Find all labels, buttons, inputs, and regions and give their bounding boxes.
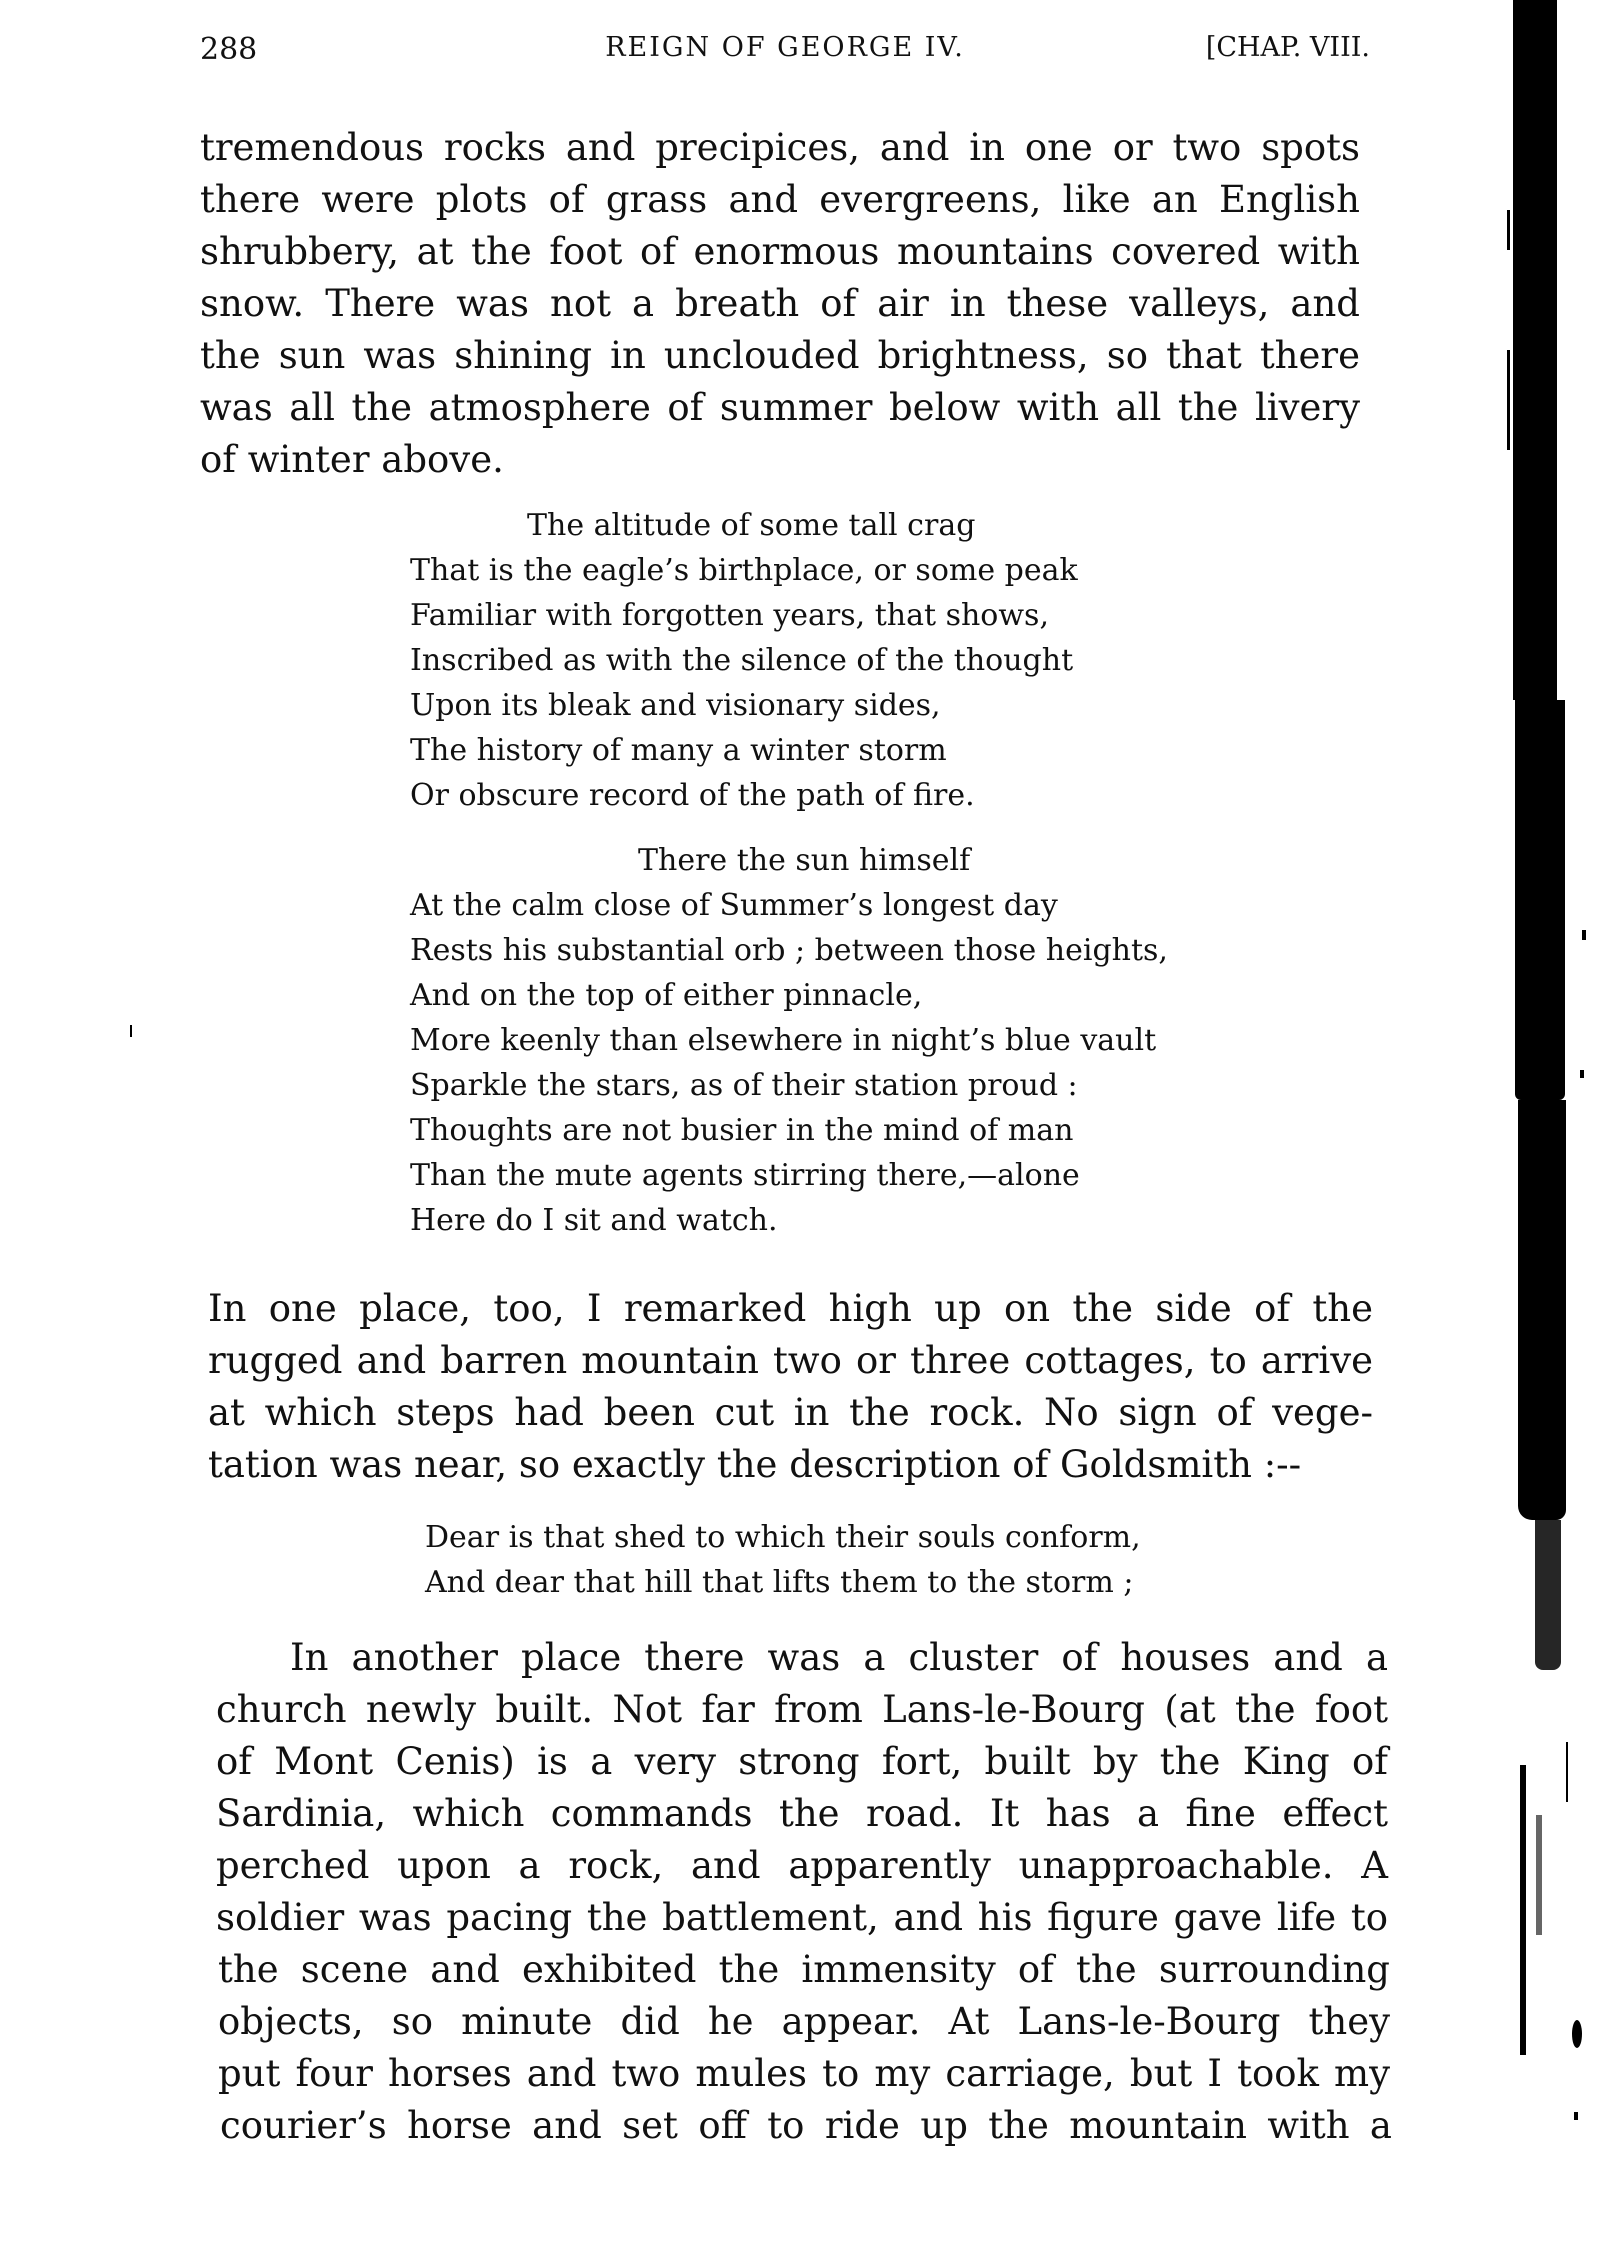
text-line: tation was near, so exactly the descript… [208, 1439, 1301, 1491]
text-line: church newly built. Not far from Lans-le… [216, 1684, 1388, 1736]
text-line: put four horses and two mules to my carr… [218, 2048, 1390, 2100]
verse-line: More keenly than elsewhere in night’s bl… [410, 1018, 1156, 1063]
verse-line: Thoughts are not busier in the mind of m… [410, 1108, 1073, 1153]
text-line: In one place, too, I remarked high up on… [208, 1283, 1373, 1335]
chapter-label: [CHAP. VIII. [1206, 32, 1370, 63]
text-line: was all the atmosphere of summer below w… [200, 382, 1360, 434]
text-line: soldier was pacing the battlement, and h… [216, 1892, 1388, 1944]
verse-line: The altitude of some tall crag [527, 503, 975, 548]
text-line: tremendous rocks and precipices, and in … [200, 122, 1360, 174]
text-line: In another place there was a cluster of … [290, 1632, 1388, 1684]
verse-line: And on the top of either pinnacle, [410, 973, 922, 1018]
text-line: there were plots of grass and evergreens… [200, 174, 1360, 226]
verse-line: Sparkle the stars, as of their station p… [410, 1063, 1078, 1108]
verse-line: There the sun himself [638, 838, 970, 883]
text-line: at which steps had been cut in the rock.… [208, 1387, 1373, 1439]
text-line: shrubbery, at the foot of enormous mount… [200, 226, 1360, 278]
verse-line: Here do I sit and watch. [410, 1198, 778, 1243]
text-line: objects, so minute did he appear. At Lan… [218, 1996, 1390, 2048]
text-line: the scene and exhibited the immensity of… [218, 1944, 1390, 1996]
text-line: rugged and barren mountain two or three … [208, 1335, 1373, 1387]
verse-line: Dear is that shed to which their souls c… [425, 1515, 1141, 1560]
verse-line: Than the mute agents stirring there,—alo… [410, 1153, 1080, 1198]
verse-line: That is the eagle’s birthplace, or some … [410, 548, 1078, 593]
text-line: courier’s horse and set off to ride up t… [220, 2100, 1392, 2152]
text-line: perched upon a rock, and apparently unap… [216, 1840, 1388, 1892]
running-title: REIGN OF GEORGE IV. [200, 32, 1370, 63]
verse-line: Inscribed as with the silence of the tho… [410, 638, 1073, 683]
verse-line: And dear that hill that lifts them to th… [425, 1560, 1133, 1605]
text-line: the sun was shining in unclouded brightn… [200, 330, 1360, 382]
text-line: snow. There was not a breath of air in t… [200, 278, 1360, 330]
verse-line: Rests his substantial orb ; between thos… [410, 928, 1168, 973]
book-page: 288 REIGN OF GEORGE IV. [CHAP. VIII. tre… [0, 0, 1606, 2257]
verse-line: Upon its bleak and visionary sides, [410, 683, 941, 728]
text-line: Sardinia, which commands the road. It ha… [216, 1788, 1388, 1840]
verse-line: Familiar with forgotten years, that show… [410, 593, 1049, 638]
verse-line: At the calm close of Summer’s longest da… [410, 883, 1058, 928]
text-line: of winter above. [200, 434, 504, 486]
text-line: of Mont Cenis) is a very strong fort, bu… [216, 1736, 1388, 1788]
verse-line: Or obscure record of the path of fire. [410, 773, 975, 818]
verse-line: The history of many a winter storm [410, 728, 947, 773]
running-header: 288 REIGN OF GEORGE IV. [CHAP. VIII. [200, 32, 1370, 82]
